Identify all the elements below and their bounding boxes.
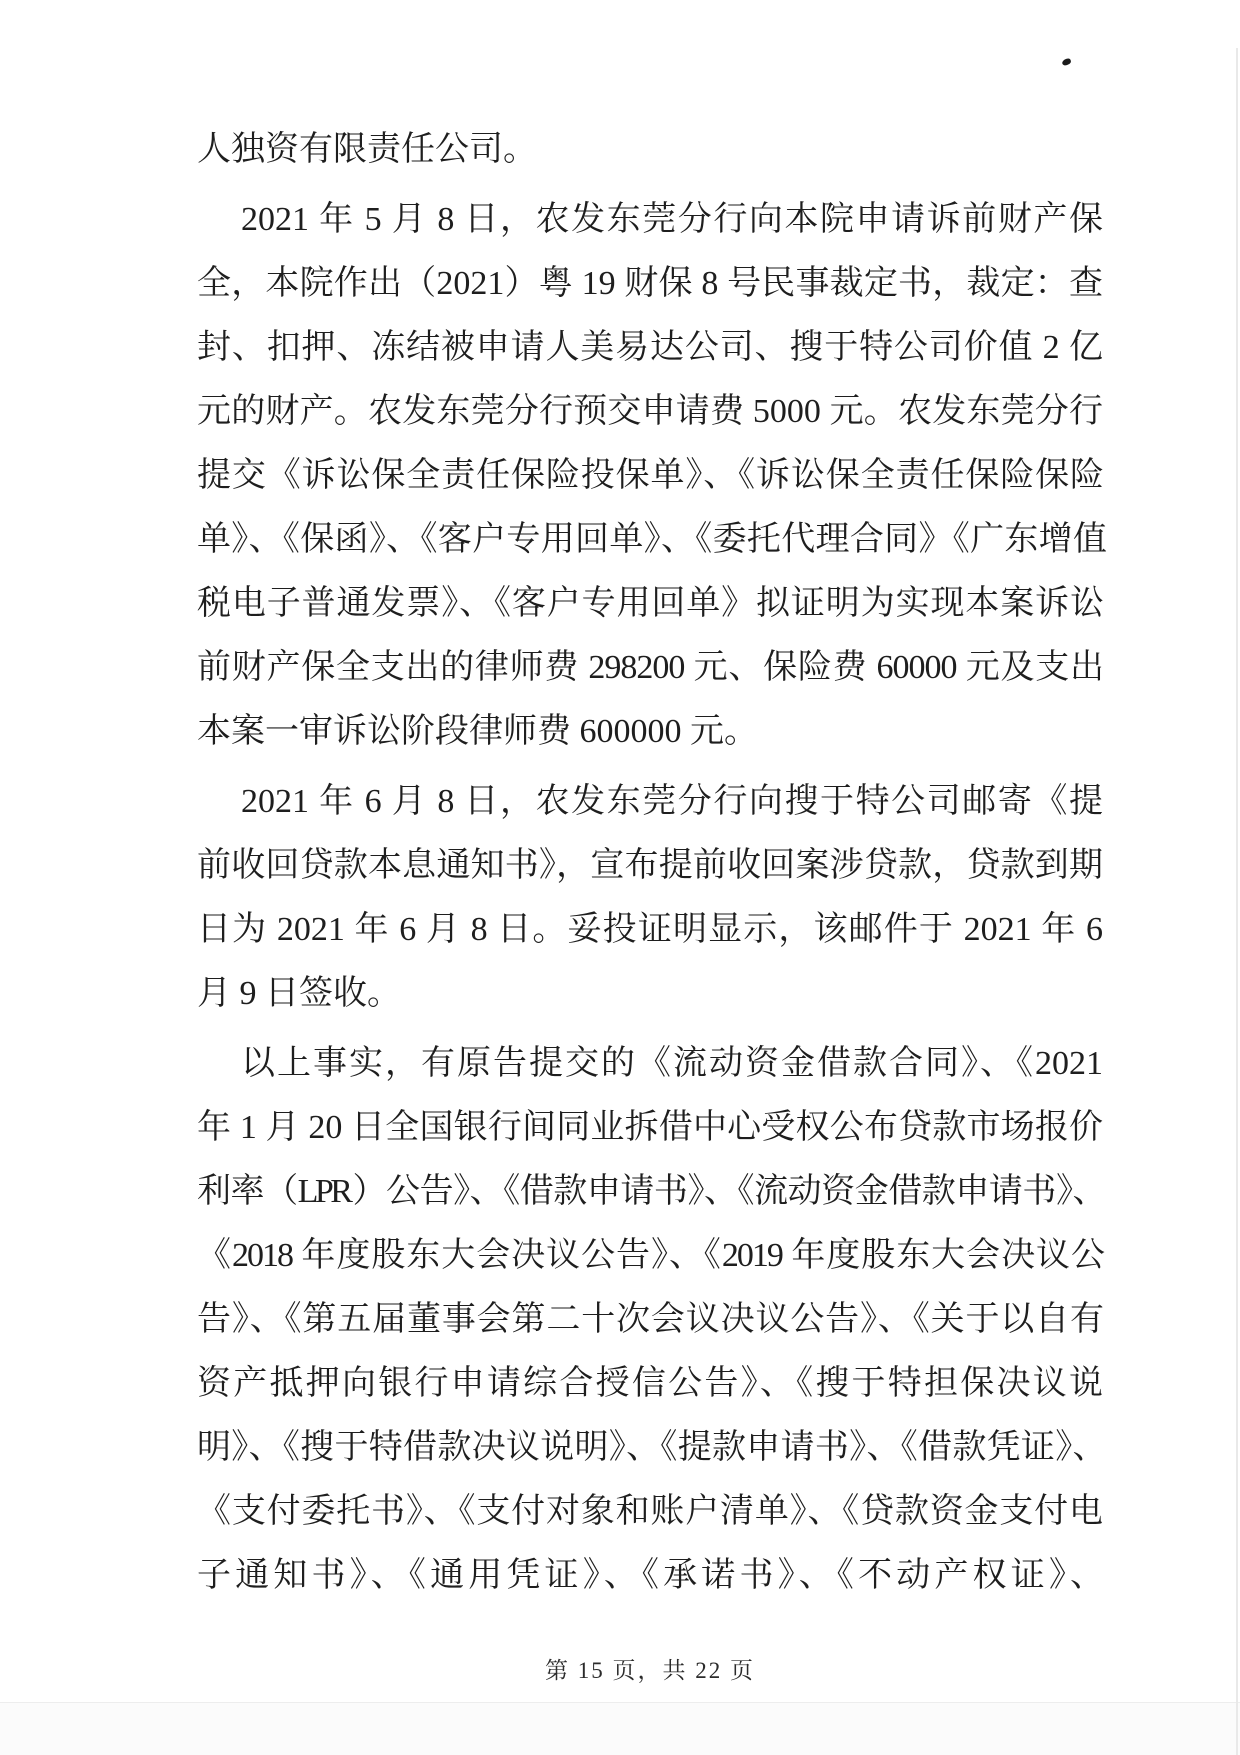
text-line: 日为 2021 年 6 月 8 日。妥投证明显示，该邮件于 2021 年 6 [197, 898, 1103, 962]
document-page: 人独资有限责任公司。 2021 年 5 月 8 日，农发东莞分行向本院申请诉前财… [0, 0, 1240, 1755]
text-line: 税电子普通发票》、《客户专用回单》拟证明为实现本案诉讼 [197, 572, 1103, 636]
text-line: 年 1 月 20 日全国银行间同业拆借中心受权公布贷款市场报价 [197, 1096, 1103, 1160]
text-line: 前收回贷款本息通知书》，宣布提前收回案涉贷款，贷款到期 [197, 834, 1103, 898]
page-number: 第 15 页，共 22 页 [197, 1652, 1103, 1685]
text-line: 利率（LPR）公告》、《借款申请书》、《流动资金借款申请书》、 [197, 1160, 1103, 1224]
text-line: 子通知书》、《通用凭证》、《承诺书》、《不动产权证》、 [197, 1544, 1103, 1608]
text-line: 以上事实，有原告提交的《流动资金借款合同》、《2021 [197, 1032, 1103, 1096]
scan-bottom-strip [0, 1702, 1240, 1755]
text-line: 单》、《保函》、《客户专用回单》、《委托代理合同》《广东增值 [197, 508, 1103, 572]
judgment-text-block: 人独资有限责任公司。 2021 年 5 月 8 日，农发东莞分行向本院申请诉前财… [197, 118, 1103, 1608]
text-line: 告》、《第五届董事会第二十次会议决议公告》、《关于以自有 [197, 1288, 1103, 1352]
text-line: 提交《诉讼保全责任保险投保单》、《诉讼保全责任保险保险 [197, 444, 1103, 508]
text-line: 封、扣押、冻结被申请人美易达公司、搜于特公司价值 2 亿 [197, 316, 1103, 380]
text-line: 2021 年 5 月 8 日，农发东莞分行向本院申请诉前财产保 [197, 188, 1103, 252]
text-line: 《支付委托书》、《支付对象和账户清单》、《贷款资金支付电 [197, 1480, 1103, 1544]
text-line: 全，本院作出（2021）粤 19 财保 8 号民事裁定书，裁定：查 [197, 252, 1103, 316]
text-line: 2021 年 6 月 8 日，农发东莞分行向搜于特公司邮寄《提 [197, 770, 1103, 834]
text-line: 元的财产。农发东莞分行预交申请费 5000 元。农发东莞分行 [197, 380, 1103, 444]
text-line: 资产抵押向银行申请综合授信公告》、《搜于特担保决议说 [197, 1352, 1103, 1416]
scan-edge-line [1236, 48, 1238, 1755]
text-line: 《2018 年度股东大会决议公告》、《2019 年度股东大会决议公 [197, 1224, 1103, 1288]
text-line: 前财产保全支出的律师费 298200 元、保险费 60000 元及支出 [197, 636, 1103, 700]
text-line: 本案一审诉讼阶段律师费 600000 元。 [197, 700, 1103, 764]
ink-speck [1061, 58, 1072, 67]
text-line: 人独资有限责任公司。 [197, 118, 1103, 182]
text-line: 明》、《搜于特借款决议说明》、《提款申请书》、《借款凭证》、 [197, 1416, 1103, 1480]
text-line: 月 9 日签收。 [197, 962, 1103, 1026]
